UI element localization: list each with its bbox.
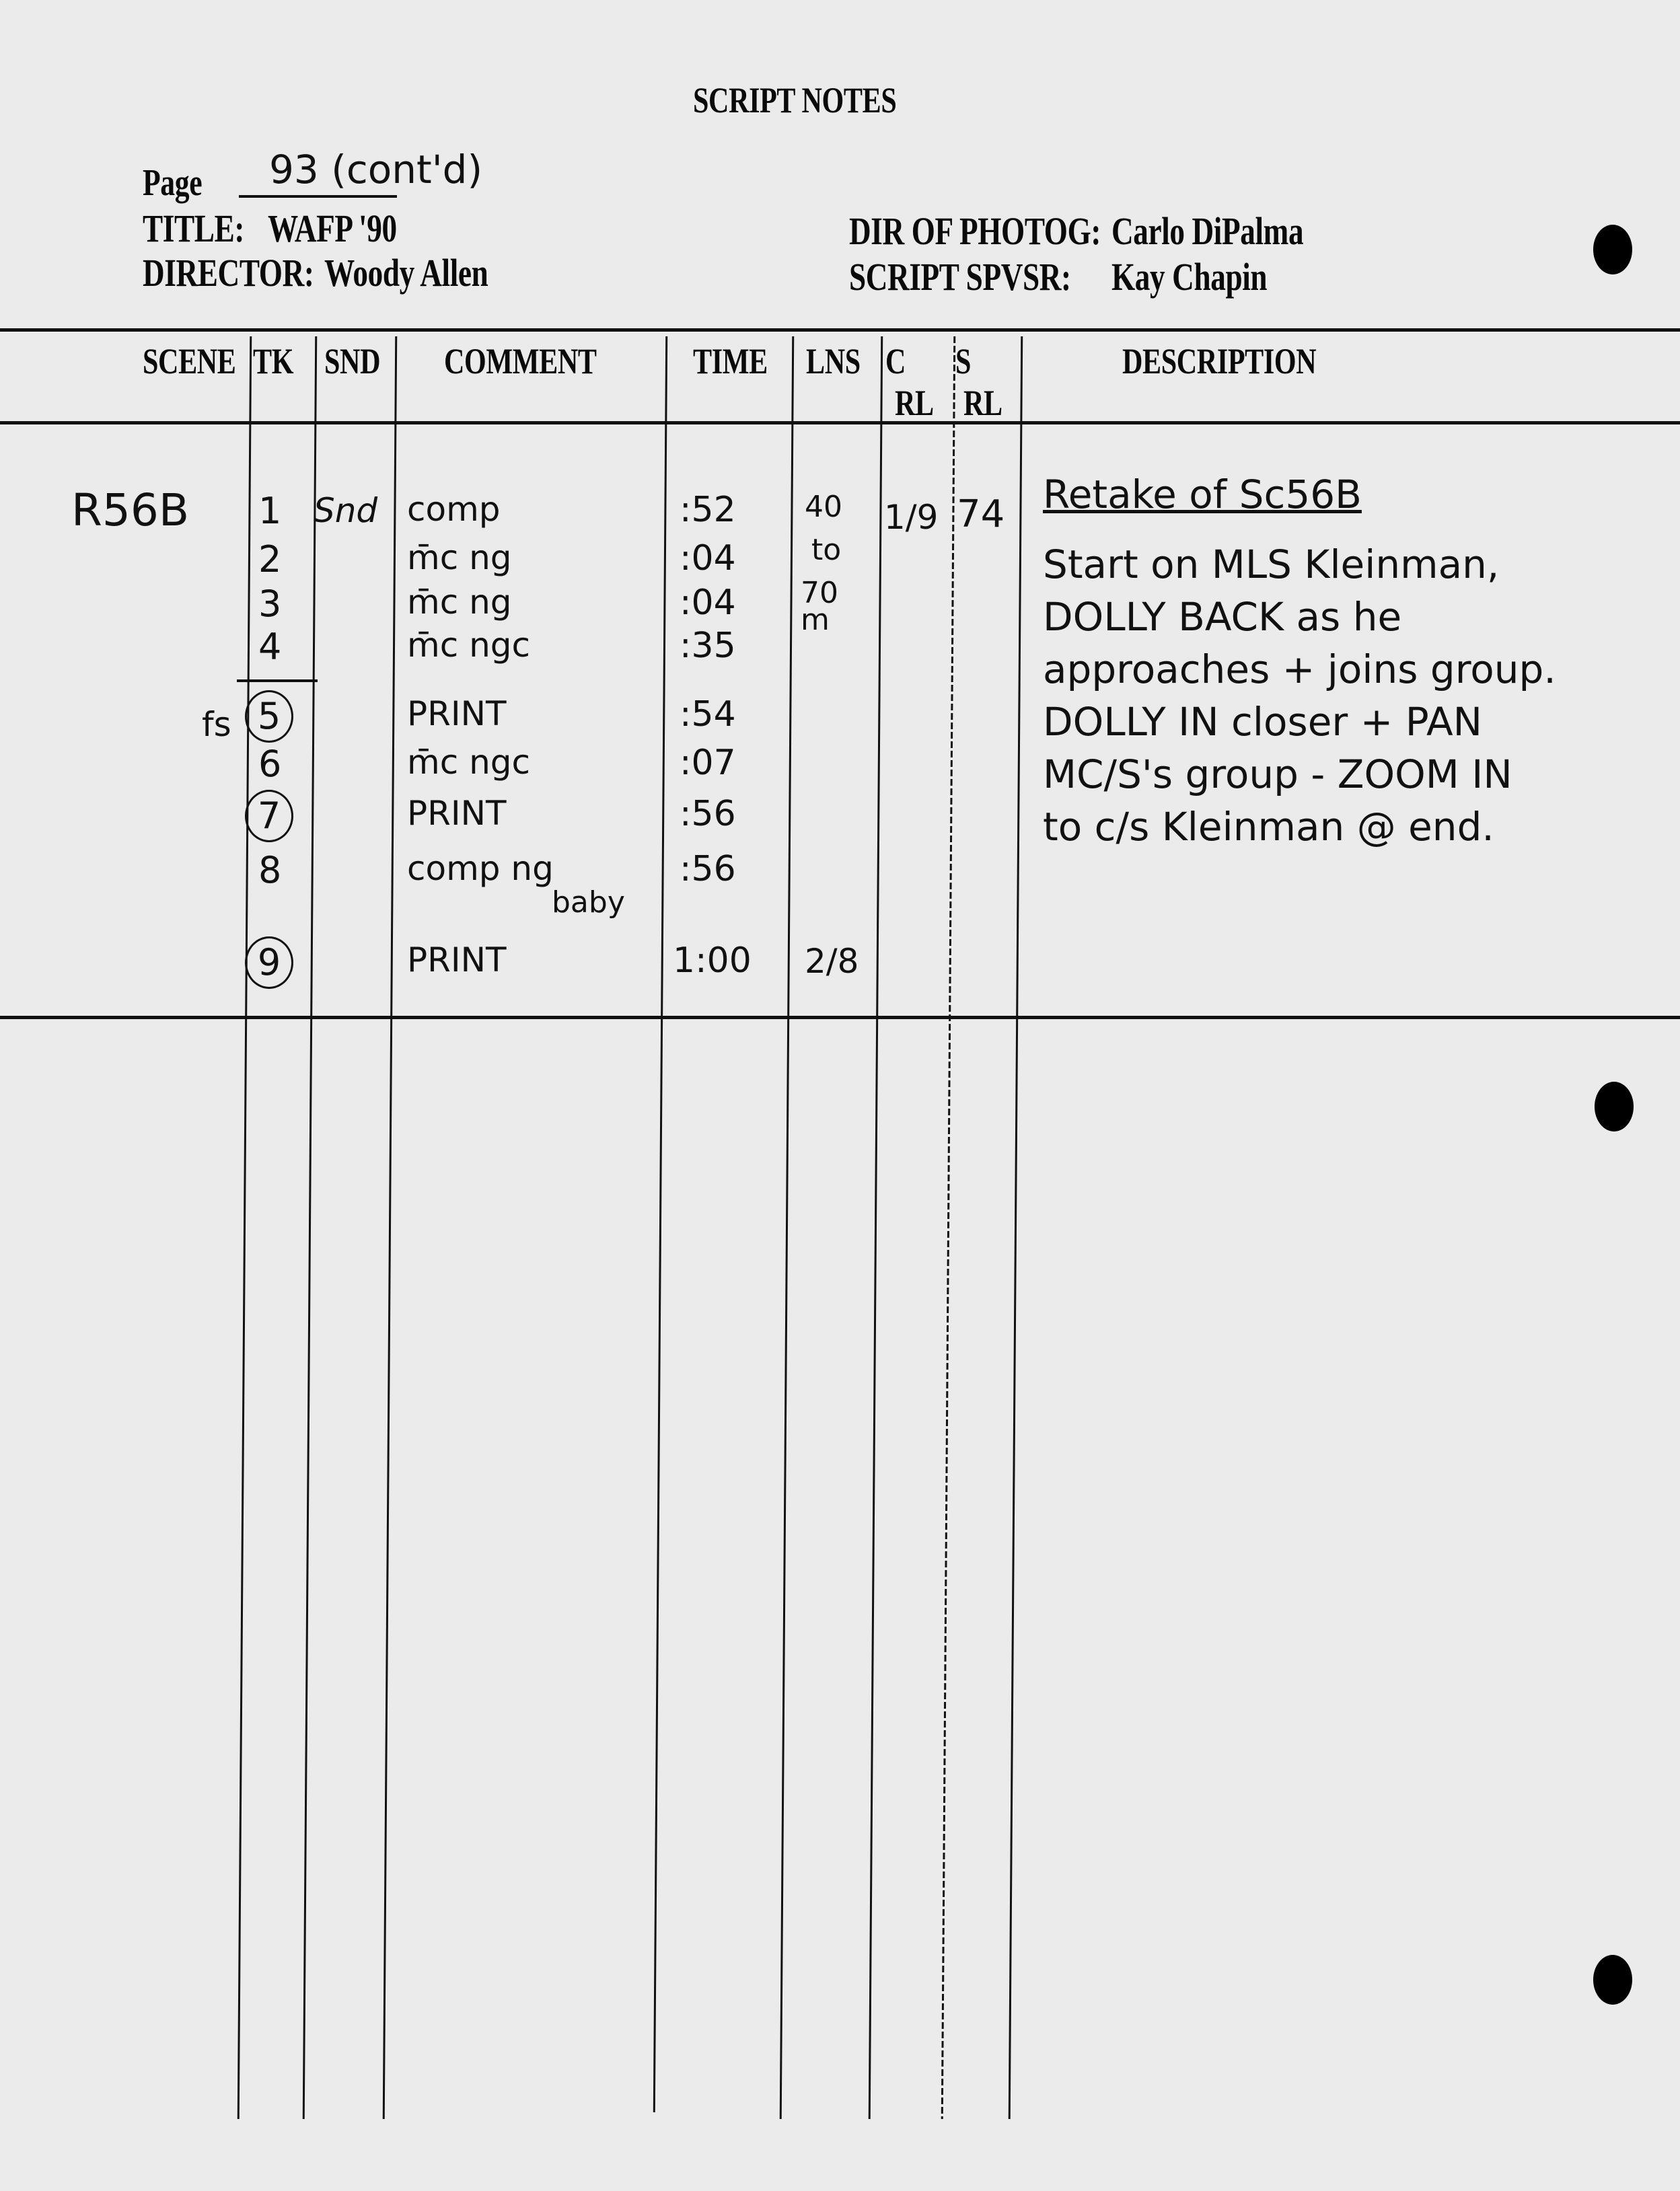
dop-label: DIR OF PHOTOG: xyxy=(849,209,1101,254)
scene-number: R56B xyxy=(71,484,189,536)
column-header-description: DESCRIPTION xyxy=(1122,340,1316,382)
take-divider xyxy=(237,679,318,682)
lines-final: 2/8 xyxy=(805,942,859,981)
supervisor-label: SCRIPT SPVSR: xyxy=(849,254,1071,299)
column-header-comment: COMMENT xyxy=(444,340,597,382)
take-time: :07 xyxy=(680,743,736,783)
take-comment: comp ng xyxy=(407,849,554,888)
take-comment: m̄c ngc xyxy=(407,626,530,665)
camera-roll-value: 1/9 xyxy=(884,498,938,537)
title-value: WAFP '90 xyxy=(268,206,397,251)
description-line: DOLLY BACK as he xyxy=(1043,591,1401,643)
take-comment: m̄c ngc xyxy=(407,743,530,782)
take-time: :35 xyxy=(680,626,736,666)
take-comment: PRINT xyxy=(407,940,507,979)
form-heading: SCRIPT NOTES xyxy=(693,79,896,121)
description-line: approaches + joins group. xyxy=(1043,643,1556,696)
column-divider-snd-comment xyxy=(383,336,398,2119)
supervisor-value: Kay Chapin xyxy=(1111,254,1267,299)
take-number: 4 xyxy=(258,626,281,668)
title-label: TITLE: xyxy=(143,206,244,251)
binder-hole-top xyxy=(1593,225,1632,274)
take-time: :54 xyxy=(680,694,736,735)
take-comment: PRINT xyxy=(407,694,507,733)
take-time: :56 xyxy=(680,849,736,889)
entry-bottom-rule xyxy=(0,1016,1680,1019)
column-header-tk: TK xyxy=(253,340,293,382)
take-comment: PRINT xyxy=(407,794,507,833)
lines-value-4: m xyxy=(801,603,830,637)
column-header-time: TIME xyxy=(693,340,768,382)
director-label: DIRECTOR: xyxy=(143,250,314,295)
take-comment: m̄c ng xyxy=(407,538,512,577)
lines-value-2: to xyxy=(811,533,841,567)
take-number: 3 xyxy=(258,583,281,625)
take-number-circled: 5 xyxy=(245,690,293,743)
column-divider-scene-tk xyxy=(238,336,252,2119)
column-divider-lns-crl xyxy=(869,336,883,2119)
take-time: :56 xyxy=(680,794,736,834)
page-underline xyxy=(239,195,397,198)
description-line: Start on MLS Kleinman, xyxy=(1043,538,1499,591)
column-header-c-rl-top: C xyxy=(885,340,906,382)
take-number-circled: 9 xyxy=(245,936,293,989)
description-line: DOLLY IN closer + PAN xyxy=(1043,696,1482,748)
take-number: 1 xyxy=(258,490,281,532)
header-bottom-rule xyxy=(0,421,1680,424)
take-time: :04 xyxy=(680,538,736,579)
column-divider-tk-snd xyxy=(303,336,318,2119)
take-time: 1:00 xyxy=(673,940,752,981)
column-header-c-rl-bottom: RL xyxy=(895,382,934,424)
take-comment: m̄c ng xyxy=(407,583,512,622)
sound-value: Snd xyxy=(314,491,377,530)
binder-hole-middle xyxy=(1595,1082,1634,1131)
dop-value: Carlo DiPalma xyxy=(1111,209,1303,254)
column-divider-crl-srl xyxy=(941,336,956,2119)
description-line: MC/S's group - ZOOM IN xyxy=(1043,748,1512,801)
page-number-value: 93 (cont'd) xyxy=(269,147,482,192)
take-number: 8 xyxy=(258,849,281,891)
sound-roll-value: 74 xyxy=(957,492,1005,536)
take-comment-continued: baby xyxy=(552,885,625,920)
lines-value-1: 40 xyxy=(805,490,842,524)
take-time: :04 xyxy=(680,583,736,623)
page-label: Page xyxy=(143,161,202,205)
director-value: Woody Allen xyxy=(324,250,488,295)
description-title: Retake of Sc56B xyxy=(1043,468,1362,521)
column-divider-comment-time xyxy=(653,336,667,2112)
take-number-circled: 7 xyxy=(245,790,293,842)
column-divider-srl-description xyxy=(1009,336,1023,2119)
column-header-snd: SND xyxy=(324,340,380,382)
take-number: 2 xyxy=(258,538,281,581)
binder-hole-bottom xyxy=(1593,1955,1632,2005)
take-number: 6 xyxy=(258,743,281,785)
column-header-scene: SCENE xyxy=(143,340,235,382)
take-comment: comp xyxy=(407,490,501,529)
take-time: :52 xyxy=(680,490,736,530)
column-header-s-rl-bottom: RL xyxy=(963,382,1002,424)
description-line: to c/s Kleinman @ end. xyxy=(1043,801,1494,853)
column-divider-time-lns xyxy=(780,336,795,2119)
table-top-rule xyxy=(0,328,1680,332)
column-header-lns: LNS xyxy=(806,340,861,382)
fs-note: fs xyxy=(202,705,231,744)
column-header-s-rl-top: S xyxy=(955,340,971,382)
